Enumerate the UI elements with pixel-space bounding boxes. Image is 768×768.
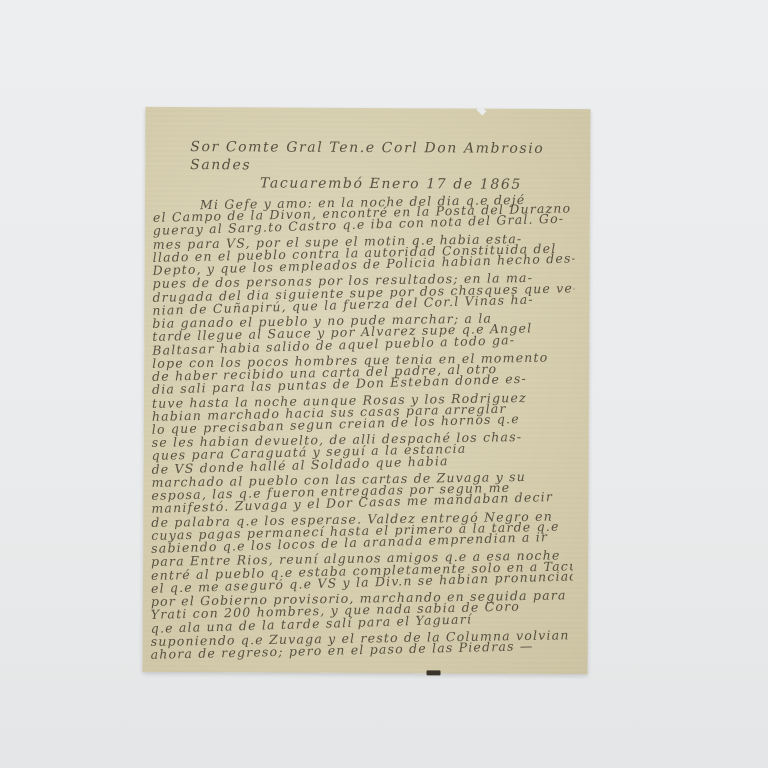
place-date-line: Tacuarembó Enero 17 de 1865 — [260, 175, 520, 192]
letter-page: Sor Comte Gral Ten.e Corl Don Ambrosio S… — [143, 107, 591, 674]
salutation-line: Sor Comte Gral Ten.e Corl Don Ambrosio — [190, 139, 580, 157]
letter-text: Sor Comte Gral Ten.e Corl Don Ambrosio S… — [143, 107, 591, 674]
name-line: Sandes — [190, 157, 340, 174]
